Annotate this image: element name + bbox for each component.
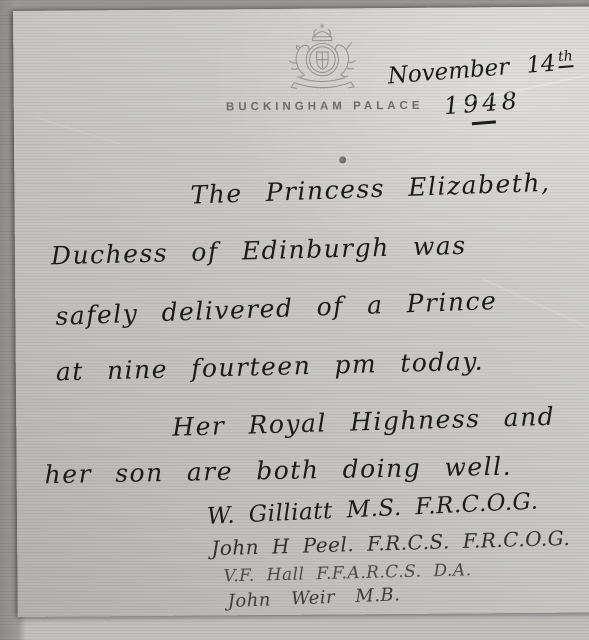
body-line: Duchess of Edinburgh was [51,231,467,271]
body-line: safely delivered of a Prince [55,286,498,331]
date-ordinal: th [557,48,573,68]
royal-coat-of-arms-icon [273,22,372,99]
signature-line: V.F. Hall F.F.A.R.C.S. D.A. [223,560,472,586]
date-underline [472,120,496,124]
paper-speck [339,156,346,163]
body-line: The Princess Elizabeth, [190,168,551,210]
body-line: her son are both doing well. [44,452,512,490]
body-line: at nine fourteen pm today. [56,347,485,387]
date-month-day: November 14 [387,51,557,90]
signature-line: John H Peel. F.R.C.S. F.R.C.O.G. [211,526,571,560]
signature-line: W. Gilliatt M.S. F.R.C.O.G. [207,489,539,530]
date-line: November 14th [387,48,574,89]
date-year: 1948 [443,86,522,120]
letter-photograph: BUCKINGHAM PALACE November 14th 1948 The… [0,0,589,640]
body-line: Her Royal Highness and [172,402,556,442]
signature-line: John Weir M.B. [227,584,401,612]
letterhead-palace-name: BUCKINGHAM PALACE [210,100,440,114]
paper-crease [36,117,122,145]
letter-paper: BUCKINGHAM PALACE November 14th 1948 The… [13,6,589,617]
